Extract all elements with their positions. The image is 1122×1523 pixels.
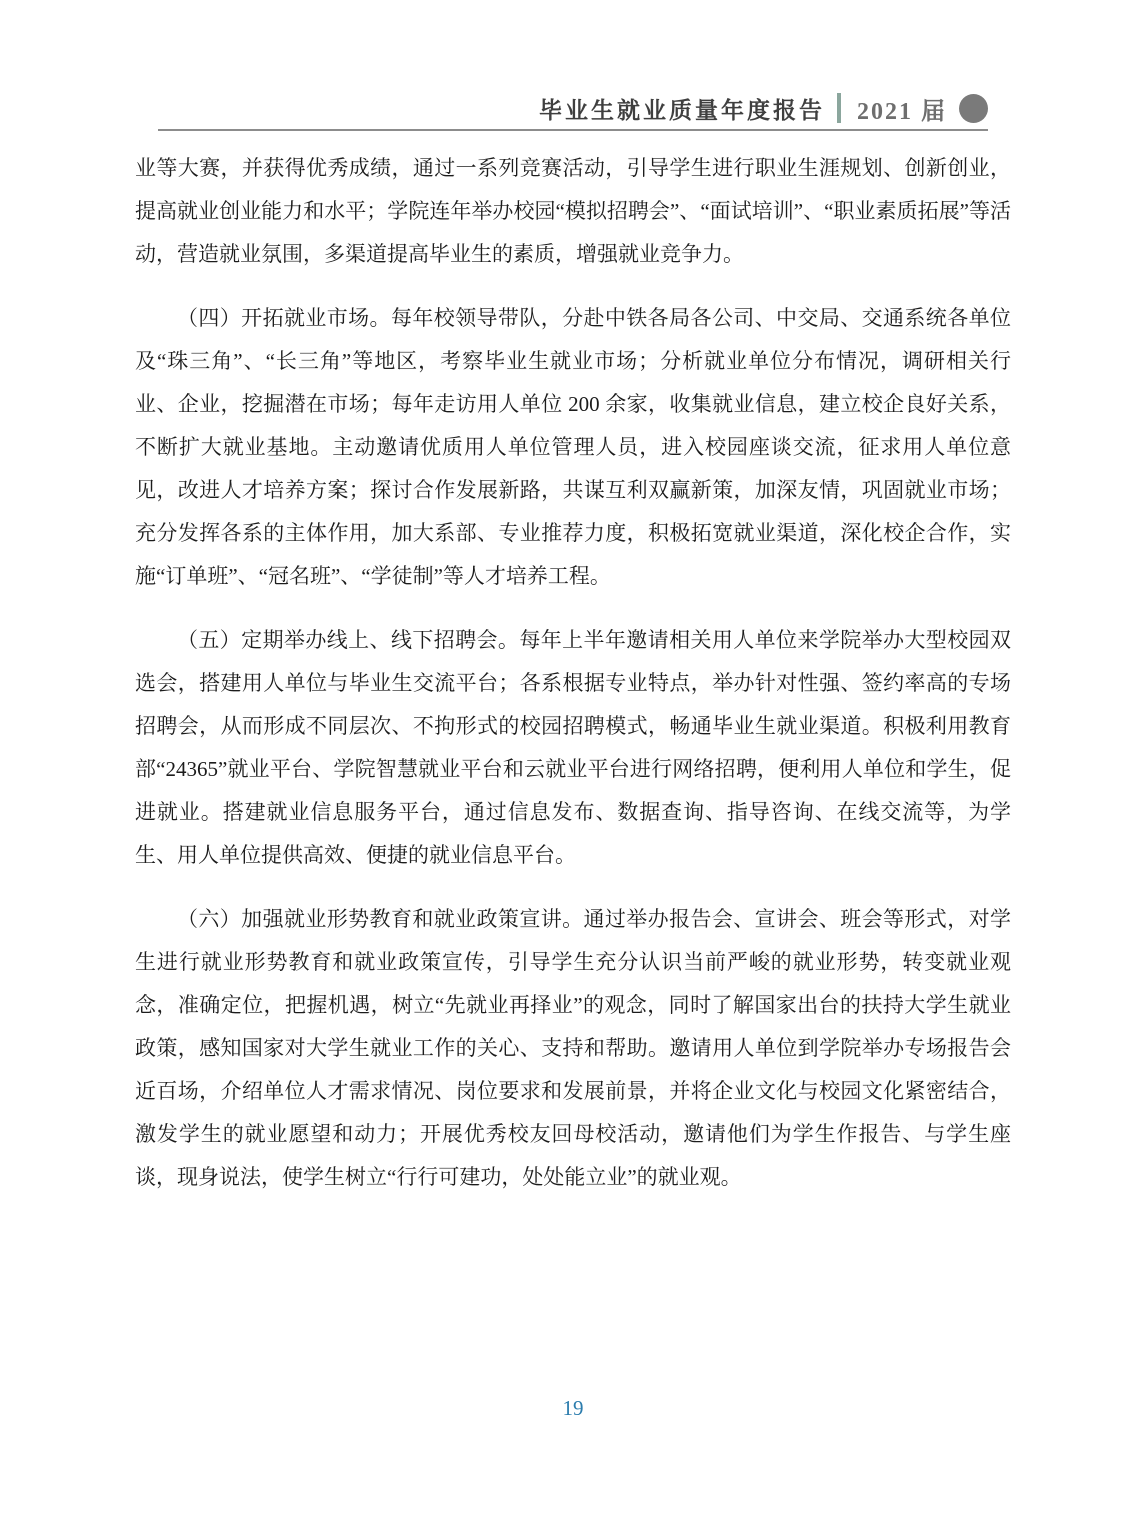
paragraph-continuation: 业等大赛，并获得优秀成绩，通过一系列竞赛活动，引导学生进行职业生涯规划、创新创业… xyxy=(135,147,1011,276)
header-divider-bar xyxy=(837,93,841,123)
paragraph-section-6: （六）加强就业形势教育和就业政策宣讲。通过举办报告会、宣讲会、班会等形式，对学生… xyxy=(135,898,1011,1199)
report-title: 毕业生就业质量年度报告 xyxy=(539,92,825,125)
running-header: 毕业生就业质量年度报告 2021 届 xyxy=(539,90,988,126)
circle-icon xyxy=(959,94,988,123)
page-number: 19 xyxy=(135,1396,1011,1421)
report-edition: 2021 届 xyxy=(857,91,947,126)
document-page: 毕业生就业质量年度报告 2021 届 业等大赛，并获得优秀成绩，通过一系列竞赛活… xyxy=(0,0,1122,1523)
paragraph-section-5: （五）定期举办线上、线下招聘会。每年上半年邀请相关用人单位来学院举办大型校园双选… xyxy=(135,619,1011,877)
body-text: 业等大赛，并获得优秀成绩，通过一系列竞赛活动，引导学生进行职业生涯规划、创新创业… xyxy=(135,147,1011,1220)
header-rule xyxy=(158,129,988,131)
paragraph-section-4: （四）开拓就业市场。每年校领导带队，分赴中铁各局各公司、中交局、交通系统各单位及… xyxy=(135,297,1011,598)
